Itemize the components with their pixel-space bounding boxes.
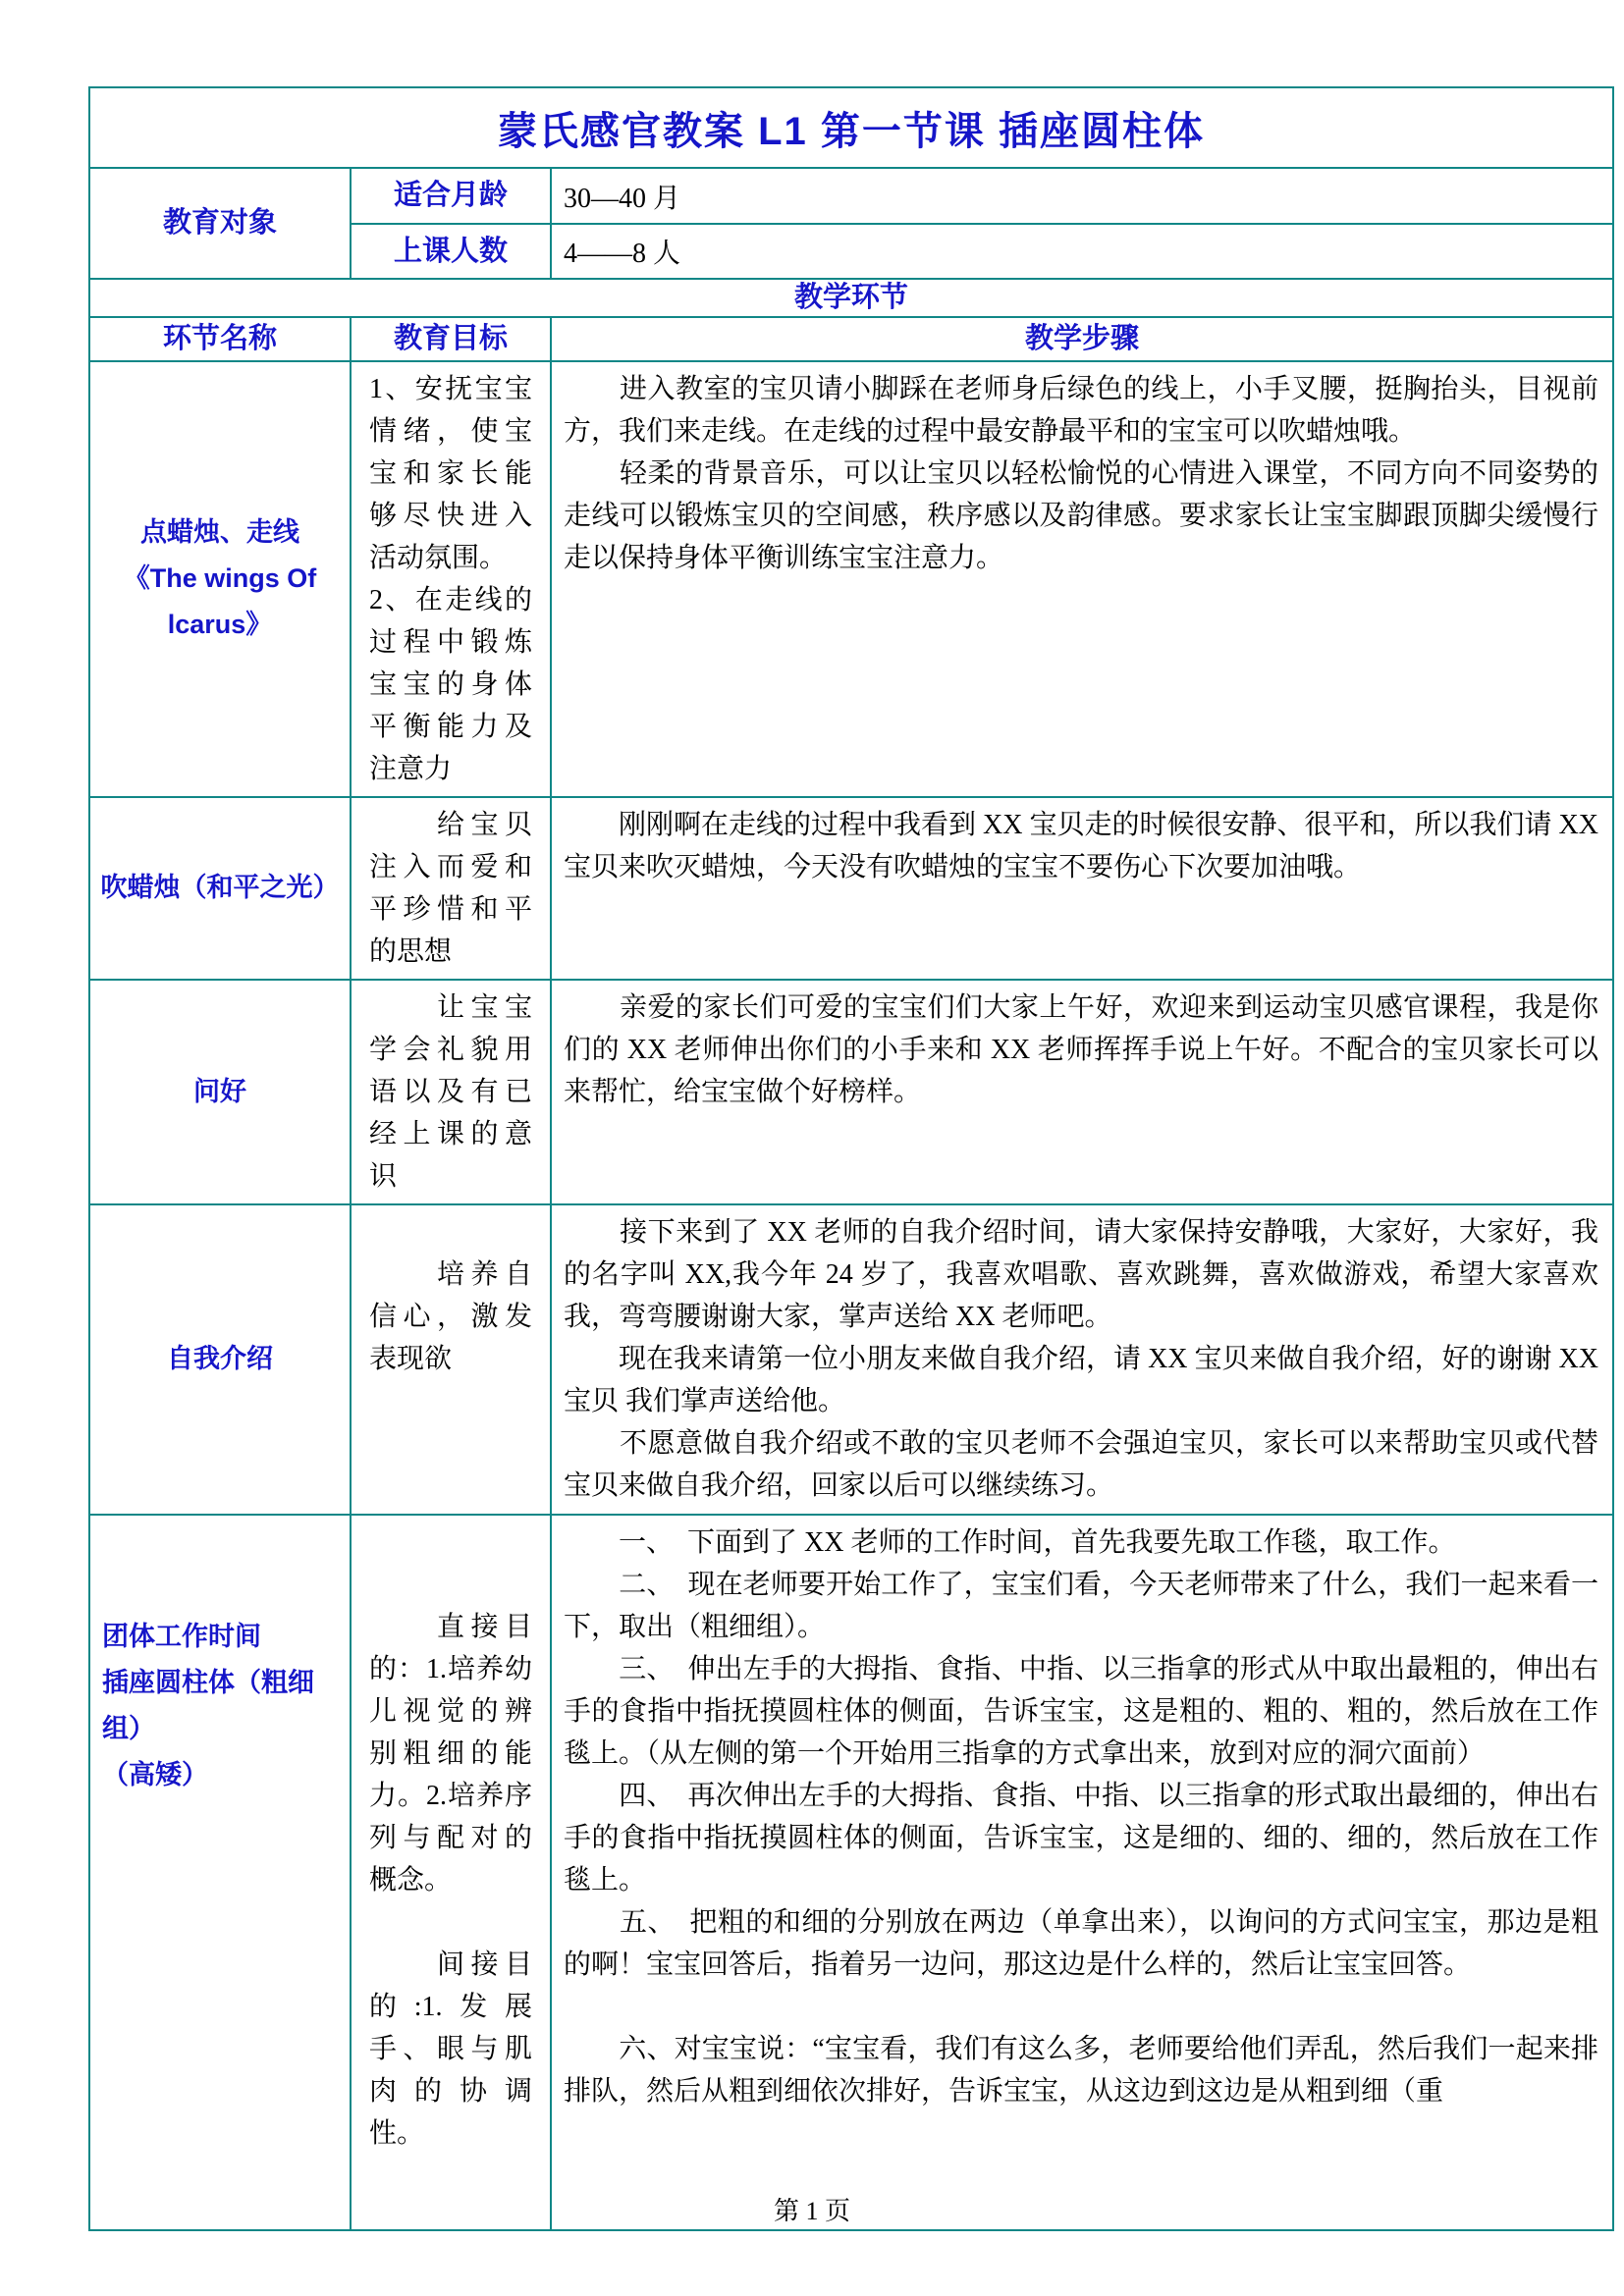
page-title: 蒙氏感官教案 L1 第一节课 插座圆柱体	[89, 87, 1613, 168]
phase-name-line: 团体工作时间	[102, 1614, 342, 1660]
col-header-teaching-steps: 教学步骤	[551, 317, 1613, 361]
phase-name-cell: 团体工作时间插座圆柱体（粗细组）（高矮）	[89, 1515, 351, 2230]
phase-name-cell: 吹蜡烛（和平之光）	[89, 797, 351, 980]
table-row: 自我介绍 培养自信心，激发表现欲 接下来到了 XX 老师的自我介绍时间，请大家保…	[89, 1204, 1613, 1515]
step-paragraph: 四、 再次伸出左手的大拇指、食指、中指、以三指拿的形式取出最细的，伸出右手的食指…	[564, 1775, 1598, 1901]
goal-paragraph: 让宝宝学会礼貌用语以及有已经上课的意识	[369, 987, 532, 1198]
step-paragraph	[564, 1986, 1598, 2028]
column-header-row: 环节名称 教育目标 教学步骤	[89, 317, 1613, 361]
teaching-steps-cell: 刚刚啊在走线的过程中我看到 XX 宝贝走的时候很安静、很平和，所以我们请 XX …	[551, 797, 1613, 980]
step-paragraph: 刚刚啊在走线的过程中我看到 XX 宝贝走的时候很安静、很平和，所以我们请 XX …	[564, 804, 1598, 888]
lesson-plan-table-body: 蒙氏感官教案 L1 第一节课 插座圆柱体 教育对象 适合月龄 30—40 月 上…	[89, 87, 1613, 2230]
document-page: 蒙氏感官教案 L1 第一节课 插座圆柱体 教育对象 适合月龄 30—40 月 上…	[0, 0, 1624, 2296]
step-paragraph: 二、 现在老师要开始工作了，宝宝们看，今天老师带来了什么，我们一起来看一下，取出…	[564, 1564, 1598, 1648]
class-size-value: 4——8 人	[551, 224, 1613, 279]
phase-name-cell: 问好	[89, 980, 351, 1204]
section-header-row: 教学环节	[89, 279, 1613, 317]
goal-paragraph: 间接目的:1.发展手、眼与肌肉的协调性。	[369, 1944, 532, 2155]
goal-paragraph	[369, 1901, 532, 1944]
goal-paragraph: 1、安抚宝宝情绪，使宝宝和家长能够尽快进入活动氛围。	[369, 368, 532, 579]
phase-name-cell: 点蜡烛、走线《The wings Of lcarus》	[89, 361, 351, 797]
step-paragraph: 轻柔的背景音乐，可以让宝贝以轻松愉悦的心情进入课堂，不同方向不同姿势的走线可以锻…	[564, 453, 1598, 579]
phase-name-line: （高矮）	[102, 1752, 342, 1798]
phase-name-line: 问好	[98, 1069, 342, 1115]
title-row: 蒙氏感官教案 L1 第一节课 插座圆柱体	[89, 87, 1613, 168]
phase-name-line: 点蜡烛、走线	[98, 509, 342, 556]
phase-name-line: 吹蜡烛（和平之光）	[98, 865, 342, 911]
col-header-education-goal: 教育目标	[351, 317, 551, 361]
teaching-steps-cell: 进入教室的宝贝请小脚踩在老师身后绿色的线上，小手叉腰，挺胸抬头，目视前方，我们来…	[551, 361, 1613, 797]
table-row: 吹蜡烛（和平之光） 给宝贝注入而爱和平珍惜和平的思想 刚刚啊在走线的过程中我看到…	[89, 797, 1613, 980]
age-range-value: 30—40 月	[551, 168, 1613, 224]
teaching-steps-cell: 一、 下面到了 XX 老师的工作时间，首先我要先取工作毯，取工作。 二、 现在老…	[551, 1515, 1613, 2230]
step-paragraph: 一、 下面到了 XX 老师的工作时间，首先我要先取工作毯，取工作。	[564, 1522, 1598, 1564]
step-paragraph: 接下来到了 XX 老师的自我介绍时间，请大家保持安静哦，大家好，大家好，我的名字…	[564, 1211, 1598, 1338]
class-size-label: 上课人数	[351, 224, 551, 279]
education-goal-cell: 培养自信心，激发表现欲	[351, 1204, 551, 1515]
education-target-label: 教育对象	[89, 168, 351, 279]
phase-name-line	[102, 1568, 342, 1614]
step-paragraph: 三、 伸出左手的大拇指、食指、中指、以三指拿的形式从中取出最粗的，伸出右手的食指…	[564, 1648, 1598, 1775]
lesson-plan-table: 蒙氏感官教案 L1 第一节课 插座圆柱体 教育对象 适合月龄 30—40 月 上…	[88, 86, 1614, 2231]
phase-name-cell: 自我介绍	[89, 1204, 351, 1515]
phase-name-line: 自我介绍	[98, 1336, 342, 1382]
step-paragraph: 现在我来请第一位小朋友来做自我介绍，请 XX 宝贝来做自我介绍，好的谢谢 XX …	[564, 1338, 1598, 1422]
goal-paragraph	[369, 1564, 532, 1606]
step-paragraph: 进入教室的宝贝请小脚踩在老师身后绿色的线上，小手叉腰，挺胸抬头，目视前方，我们来…	[564, 368, 1598, 453]
table-row: 团体工作时间插座圆柱体（粗细组）（高矮） 直接目的：1.培养幼儿视觉的辨别粗细的…	[89, 1515, 1613, 2230]
col-header-phase-name: 环节名称	[89, 317, 351, 361]
section-header: 教学环节	[89, 279, 1613, 317]
phase-name-line: 《The wings Of lcarus》	[98, 556, 342, 648]
education-goal-cell: 给宝贝注入而爱和平珍惜和平的思想	[351, 797, 551, 980]
teaching-steps-cell: 接下来到了 XX 老师的自我介绍时间，请大家保持安静哦，大家好，大家好，我的名字…	[551, 1204, 1613, 1515]
info-row-age: 教育对象 适合月龄 30—40 月	[89, 168, 1613, 224]
goal-paragraph: 培养自信心，激发表现欲	[369, 1254, 532, 1380]
goal-paragraph: 2、在走线的过程中锻炼宝宝的身体平衡能力及注意力	[369, 579, 532, 790]
age-range-label: 适合月龄	[351, 168, 551, 224]
step-paragraph: 五、 把粗的和细的分别放在两边（单拿出来），以询问的方式问宝宝，那边是粗的啊！宝…	[564, 1901, 1598, 1986]
education-goal-cell: 让宝宝学会礼貌用语以及有已经上课的意识	[351, 980, 551, 1204]
step-paragraph: 亲爱的家长们可爱的宝宝们们大家上午好，欢迎来到运动宝贝感官课程，我是你们的 XX…	[564, 987, 1598, 1113]
table-row: 点蜡烛、走线《The wings Of lcarus》1、安抚宝宝情绪，使宝宝和…	[89, 361, 1613, 797]
goal-paragraph: 给宝贝注入而爱和平珍惜和平的思想	[369, 804, 532, 973]
phase-name-line	[102, 1522, 342, 1568]
page-number: 第 1 页	[0, 2191, 1624, 2227]
step-paragraph: 六、对宝宝说：“宝宝看，我们有这么多，老师要给他们弄乱，然后我们一起来排排队，然…	[564, 2028, 1598, 2112]
goal-paragraph	[369, 1522, 532, 1564]
table-row: 问好 让宝宝学会礼貌用语以及有已经上课的意识 亲爱的家长们可爱的宝宝们们大家上午…	[89, 980, 1613, 1204]
teaching-steps-cell: 亲爱的家长们可爱的宝宝们们大家上午好，欢迎来到运动宝贝感官课程，我是你们的 XX…	[551, 980, 1613, 1204]
goal-paragraph	[369, 1211, 532, 1254]
phase-name-line: 插座圆柱体（粗细组）	[102, 1660, 342, 1752]
step-paragraph: 不愿意做自我介绍或不敢的宝贝老师不会强迫宝贝，家长可以来帮助宝贝或代替宝贝来做自…	[564, 1422, 1598, 1507]
goal-paragraph: 直接目的：1.培养幼儿视觉的辨别粗细的能力。2.培养序列与配对的概念。	[369, 1606, 532, 1901]
education-goal-cell: 1、安抚宝宝情绪，使宝宝和家长能够尽快进入活动氛围。2、在走线的过程中锻炼宝宝的…	[351, 361, 551, 797]
education-goal-cell: 直接目的：1.培养幼儿视觉的辨别粗细的能力。2.培养序列与配对的概念。 间接目的…	[351, 1515, 551, 2230]
